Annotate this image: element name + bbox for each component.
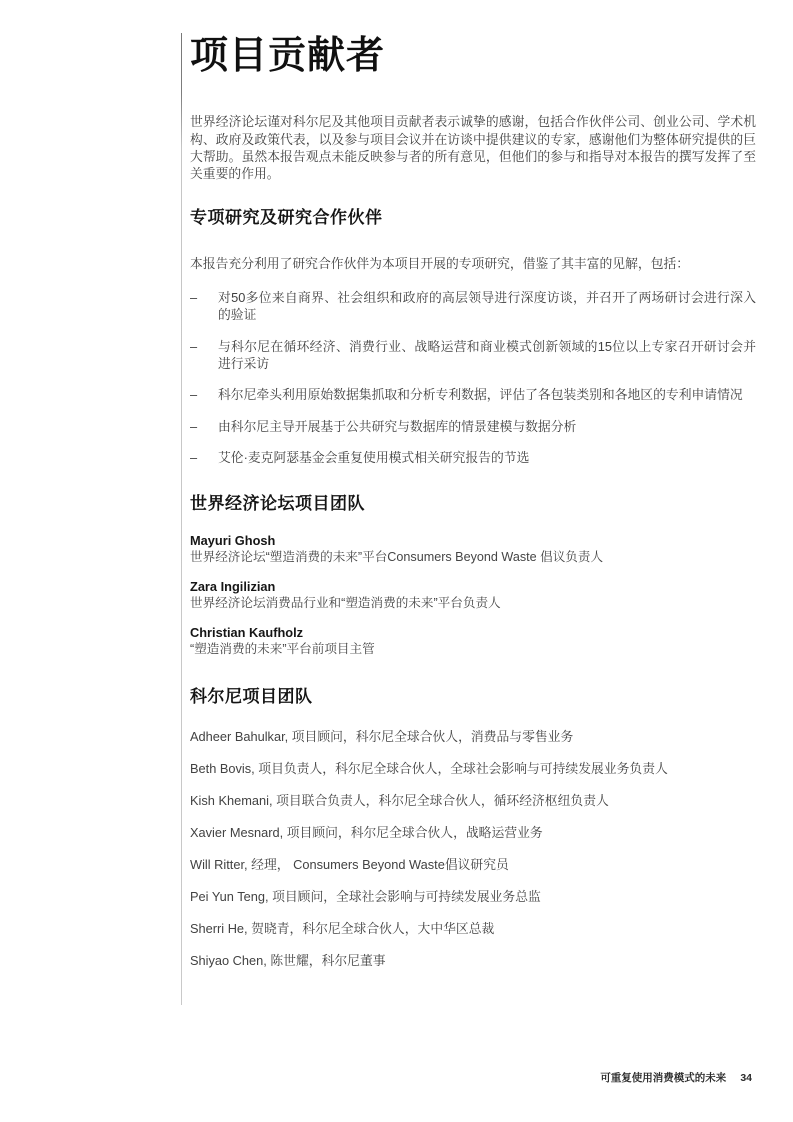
page-content: 项目贡献者 世界经济论坛谨对科尔尼及其他项目贡献者表示诚挚的感谢，包括合作伙伴公… xyxy=(190,0,756,984)
section-heading-kearney-team: 科尔尼项目团队 xyxy=(190,686,756,708)
left-vertical-rule xyxy=(181,33,182,1005)
page-title: 项目贡献者 xyxy=(190,30,756,83)
section-heading-wef-team: 世界经济论坛项目团队 xyxy=(190,493,756,515)
member-role: 世界经济论坛消费品行业和“塑造消费的未来”平台负责人 xyxy=(190,595,756,612)
bullet-dash-icon: – xyxy=(190,449,218,466)
document-page: 项目贡献者 世界经济论坛谨对科尔尼及其他项目贡献者表示诚挚的感谢，包括合作伙伴公… xyxy=(0,0,793,1122)
bullet-dash-icon: – xyxy=(190,338,218,373)
kearney-member: Beth Bovis, 项目负责人，科尔尼全球合伙人，全球社会影响与可持续发展业… xyxy=(190,760,756,777)
kearney-member: Sherri He, 贺晓青，科尔尼全球合伙人，大中华区总裁 xyxy=(190,920,756,937)
bullet-text: 科尔尼牵头利用原始数据集抓取和分析专利数据，评估了各包装类别和各地区的专利申请情… xyxy=(218,386,756,403)
bullet-dash-icon: – xyxy=(190,289,218,324)
page-footer: 可重复使用消费模式的未来 34 xyxy=(600,1071,752,1085)
member-name: Christian Kaufholz xyxy=(190,625,756,641)
wef-team-member-list: Mayuri Ghosh 世界经济论坛“塑造消费的未来”平台Consumers … xyxy=(190,533,756,658)
bullet-dash-icon: – xyxy=(190,418,218,435)
kearney-member: Adheer Bahulkar, 项目顾问，科尔尼全球合伙人，消费品与零售业务 xyxy=(190,728,756,745)
bullet-dash-icon: – xyxy=(190,386,218,403)
bullet-text: 对50多位来自商界、社会组织和政府的高层领导进行深度访谈，并召开了两场研讨会进行… xyxy=(218,289,756,324)
kearney-member: Pei Yun Teng, 项目顾问，全球社会影响与可持续发展业务总监 xyxy=(190,888,756,905)
kearney-member: Xavier Mesnard, 项目顾问，科尔尼全球合伙人，战略运营业务 xyxy=(190,824,756,841)
kearney-member: Kish Khemani, 项目联合负责人，科尔尼全球合伙人，循环经济枢纽负责人 xyxy=(190,792,756,809)
bullet-text: 由科尔尼主导开展基于公共研究与数据库的情景建模与数据分析 xyxy=(218,418,756,435)
kearney-member: Will Ritter, 经理， Consumers Beyond Waste倡… xyxy=(190,856,756,873)
bullet-text: 与科尔尼在循环经济、消费行业、战略运营和商业模式创新领域的15位以上专家召开研讨… xyxy=(218,338,756,373)
member-role: 世界经济论坛“塑造消费的未来”平台Consumers Beyond Waste … xyxy=(190,549,756,566)
team-member: Christian Kaufholz “塑造消费的未来”平台前项目主管 xyxy=(190,625,756,658)
bullet-item: – 由科尔尼主导开展基于公共研究与数据库的情景建模与数据分析 xyxy=(190,418,756,435)
footer-page-number: 34 xyxy=(740,1071,752,1085)
member-name: Mayuri Ghosh xyxy=(190,533,756,549)
section-heading-research: 专项研究及研究合作伙伴 xyxy=(190,207,756,229)
team-member: Zara Ingilizian 世界经济论坛消费品行业和“塑造消费的未来”平台负… xyxy=(190,579,756,612)
team-member: Mayuri Ghosh 世界经济论坛“塑造消费的未来”平台Consumers … xyxy=(190,533,756,566)
bullet-item: – 科尔尼牵头利用原始数据集抓取和分析专利数据，评估了各包装类别和各地区的专利申… xyxy=(190,386,756,403)
kearney-team-member-list: Adheer Bahulkar, 项目顾问，科尔尼全球合伙人，消费品与零售业务 … xyxy=(190,728,756,969)
bullet-text: 艾伦·麦克阿瑟基金会重复使用模式相关研究报告的节选 xyxy=(218,449,756,466)
bullet-item: – 与科尔尼在循环经济、消费行业、战略运营和商业模式创新领域的15位以上专家召开… xyxy=(190,338,756,373)
bullet-item: – 对50多位来自商界、社会组织和政府的高层领导进行深度访谈，并召开了两场研讨会… xyxy=(190,289,756,324)
member-name: Zara Ingilizian xyxy=(190,579,756,595)
footer-report-title: 可重复使用消费模式的未来 xyxy=(600,1071,726,1085)
bullet-item: – 艾伦·麦克阿瑟基金会重复使用模式相关研究报告的节选 xyxy=(190,449,756,466)
member-role: “塑造消费的未来”平台前项目主管 xyxy=(190,641,756,658)
research-lead-paragraph: 本报告充分利用了研究合作伙伴为本项目开展的专项研究，借鉴了其丰富的见解，包括： xyxy=(190,255,756,272)
kearney-member: Shiyao Chen, 陈世耀，科尔尼董事 xyxy=(190,952,756,969)
intro-paragraph: 世界经济论坛谨对科尔尼及其他项目贡献者表示诚挚的感谢，包括合作伙伴公司、创业公司… xyxy=(190,113,756,183)
research-bullet-list: – 对50多位来自商界、社会组织和政府的高层领导进行深度访谈，并召开了两场研讨会… xyxy=(190,289,756,467)
